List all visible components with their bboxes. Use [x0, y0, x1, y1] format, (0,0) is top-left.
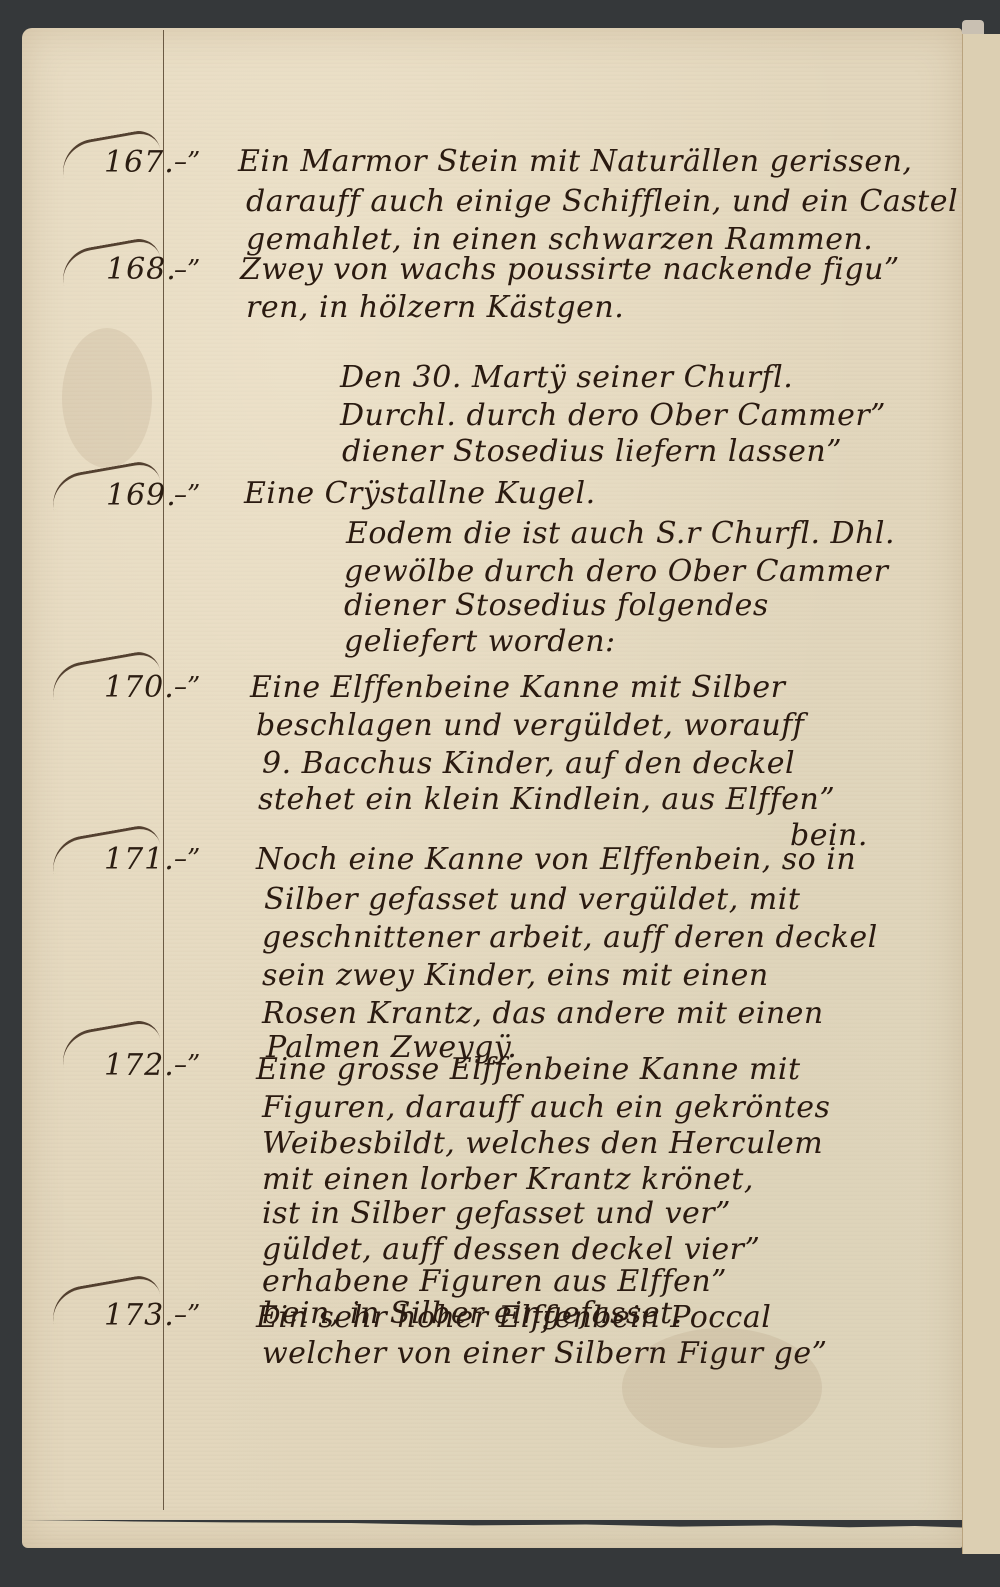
- entry-line: ren, in hölzern Kästgen.: [246, 290, 624, 325]
- entry-number: 171.: [104, 842, 175, 877]
- entry-line: Eine Crÿstallne Kugel.: [244, 476, 596, 511]
- ditto-mark: –”: [174, 1050, 200, 1080]
- entry-line: Ein sehr hoher Elffenbein Poccal: [256, 1300, 771, 1335]
- entry-line: welcher von einer Silbern Figur ge”: [262, 1336, 827, 1371]
- date-heading-line: diener Stosedius liefern lassen”: [342, 434, 842, 469]
- entry-line: stehet ein klein Kindlein, aus Elffen”: [258, 782, 835, 817]
- entry-line: sein zwey Kinder, eins mit einen: [262, 958, 769, 993]
- entry-line: Noch eine Kanne von Elffenbein, so in: [256, 842, 856, 877]
- entry-line: Eine grosse Elffenbeine Kanne mit: [256, 1052, 801, 1087]
- entry-line: mit einen lorber Krantz krönet,: [262, 1162, 754, 1197]
- date-heading-line: diener Stosedius folgendes: [344, 588, 769, 623]
- ditto-mark: –”: [174, 1300, 200, 1330]
- date-heading-line: Durchl. durch dero Ober Cammer”: [340, 398, 886, 433]
- ditto-mark: –”: [174, 147, 200, 177]
- entry-line: Weibesbildt, welches den Herculem: [262, 1126, 823, 1161]
- entry-number: 169.: [106, 478, 177, 513]
- entry-line: ist in Silber gefasset und ver”: [262, 1196, 731, 1231]
- entry-number: 167.: [104, 145, 175, 180]
- entry-line: Zwey von wachs poussirte nackende figu”: [240, 252, 900, 287]
- entry-number: 173.: [104, 1298, 175, 1333]
- entry-number: 168.: [106, 252, 177, 287]
- ditto-mark: –”: [174, 672, 200, 702]
- entry-line: 9. Bacchus Kinder, auf den deckel: [262, 746, 795, 781]
- date-heading-line: Eodem die ist auch S.r Churfl. Dhl.: [346, 516, 895, 551]
- date-heading-line: gewölbe durch dero Ober Cammer: [344, 554, 888, 589]
- entry-number: 172.: [104, 1048, 175, 1083]
- ditto-mark: –”: [174, 844, 200, 874]
- entry-line: güldet, auff dessen deckel vier”: [262, 1232, 760, 1267]
- entry-line: Figuren, darauff auch ein gekröntes: [262, 1090, 830, 1125]
- entry-line: geschnittener arbeit, auff deren deckel: [262, 920, 878, 955]
- entry-line: darauff auch einige Schifflein, und ein …: [246, 184, 958, 219]
- date-heading-line: geliefert worden:: [344, 624, 616, 659]
- entry-number: 170.: [104, 670, 175, 705]
- adjacent-leaf-edge: [962, 34, 1000, 1554]
- entry-line: Rosen Krantz, das andere mit einen: [262, 996, 824, 1031]
- entry-line: Eine Elffenbeine Kanne mit Silber: [250, 670, 785, 705]
- manuscript-scan: 167. –” Ein Marmor Stein mit Naturällen …: [0, 0, 1000, 1587]
- entry-line: beschlagen und vergüldet, worauff: [256, 708, 804, 743]
- date-heading-line: Den 30. Martÿ seiner Churfl.: [340, 360, 793, 395]
- entry-line: Ein Marmor Stein mit Naturällen gerissen…: [238, 144, 912, 179]
- entry-line: Silber gefasset und vergüldet, mit: [264, 882, 800, 917]
- paper-stain: [62, 328, 152, 468]
- ditto-mark: –”: [174, 480, 200, 510]
- ditto-mark: –”: [174, 255, 200, 285]
- entry-line: erhabene Figuren aus Elffen”: [262, 1264, 727, 1299]
